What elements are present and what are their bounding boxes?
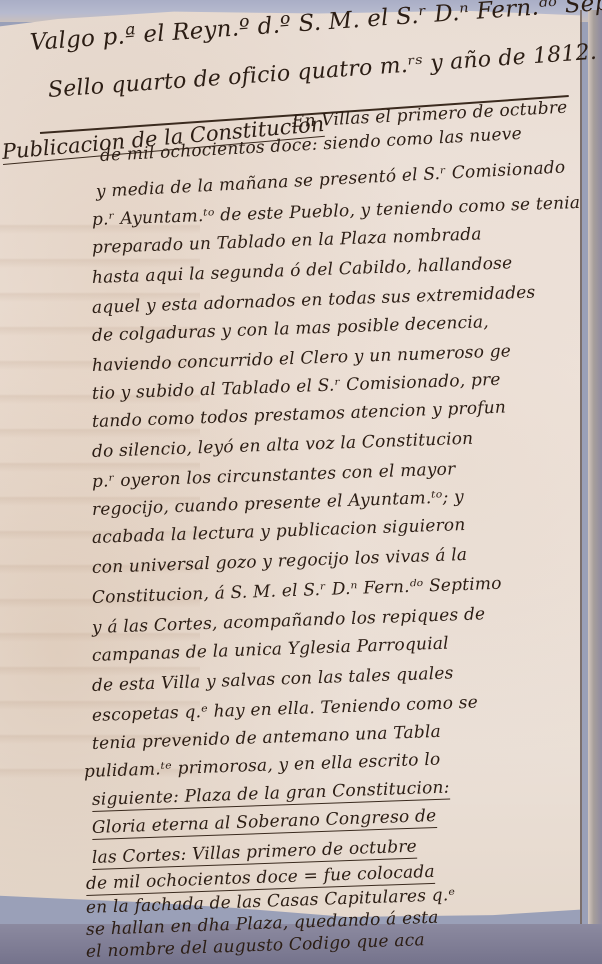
page-fold (580, 10, 582, 930)
page-edge (588, 10, 602, 950)
